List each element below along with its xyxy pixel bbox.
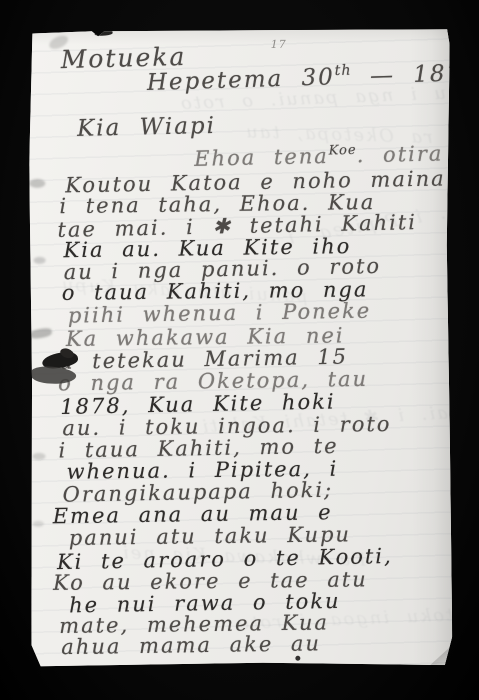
ink-smudge: [32, 453, 45, 460]
ink-smudge: [29, 327, 52, 340]
ink-dot: [295, 656, 300, 661]
date-year: — 1878: [370, 60, 453, 89]
ink-smudge: [34, 257, 46, 264]
greeting-pre: Ehoa tena: [194, 144, 329, 171]
edge-notch-mark: [94, 30, 112, 36]
scanned-letter-background: au i nga panui. o roto o nga ra Oketopa,…: [0, 0, 479, 700]
letter-page: au i nga panui. o roto o nga ra Oketopa,…: [29, 29, 453, 667]
letter-line: ahua mama ake au: [61, 631, 321, 659]
greeting-superscript-insertion: Koe: [329, 143, 357, 159]
date-ordinal-superscript: th: [334, 63, 351, 80]
page-number-annotation: 17: [271, 38, 287, 51]
date-text: Hepetema 30: [147, 64, 336, 96]
greeting-post: . otira: [356, 141, 443, 167]
ink-smudge: [33, 521, 44, 527]
ink-smudge: [29, 179, 45, 188]
letter-date: Hepetema 30th — 1878: [146, 59, 452, 96]
salutation-line: Kia Wiapi: [77, 113, 216, 142]
